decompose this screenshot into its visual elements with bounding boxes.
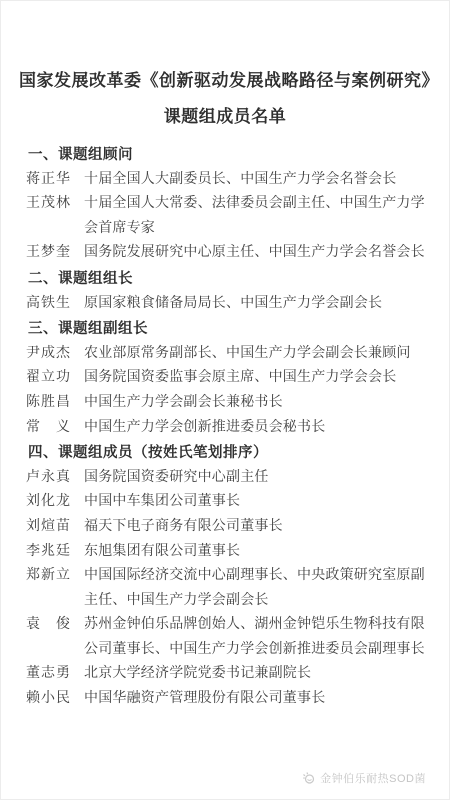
member-row: 袁 俊 苏州金钟伯乐品牌创始人、湖州金钟铠乐生物科技有限公司董事长、中国生产力学… bbox=[26, 613, 436, 662]
member-row: 刘煊苗 福天下电子商务有限公司董事长 bbox=[26, 515, 436, 540]
footer-watermark-text: 金钟伯乐耐热SOD菌 bbox=[320, 770, 426, 786]
member-description: 国务院发展研究中心原主任、中国生产力学会名誉会长 bbox=[84, 241, 436, 266]
member-description: 北京大学经济学院党委书记兼副院长 bbox=[84, 662, 436, 687]
member-description: 东旭集团有限公司董事长 bbox=[84, 540, 436, 565]
page-title: 国家发展改革委《创新驱动发展战略路径与案例研究》 课题组成员名单 bbox=[19, 63, 431, 135]
member-name: 翟立功 bbox=[26, 366, 84, 391]
member-row: 王梦奎 国务院发展研究中心原主任、中国生产力学会名誉会长 bbox=[26, 241, 436, 266]
member-name: 蒋正华 bbox=[26, 168, 84, 193]
member-name: 郑新立 bbox=[26, 564, 84, 613]
member-row: 翟立功 国务院国资委监事会原主席、中国生产力学会会长 bbox=[26, 366, 436, 391]
roster-section: 三、课题组副组长 尹成杰 农业部原常务副部长、中国生产力学会副会长兼顾问 翟立功… bbox=[26, 317, 436, 440]
member-description: 国务院国资委监事会原主席、中国生产力学会会长 bbox=[84, 366, 436, 391]
member-row: 董志勇 北京大学经济学院党委书记兼副院长 bbox=[26, 662, 436, 687]
roster-section: 四、课题组成员（按姓氏笔划排序） 卢永真 国务院国资委研究中心副主任 刘化龙 中… bbox=[26, 441, 436, 712]
member-name: 袁 俊 bbox=[26, 613, 84, 662]
member-description: 中国国际经济交流中心副理事长、中央政策研究室原副主任、中国生产力学会副会长 bbox=[84, 564, 436, 613]
member-row: 王茂林 十届全国人大常委、法律委员会副主任、中国生产力学会首席专家 bbox=[26, 192, 436, 241]
member-description: 中国生产力学会创新推进委员会秘书长 bbox=[84, 416, 436, 441]
member-description: 中国中车集团公司董事长 bbox=[84, 490, 436, 515]
member-name: 赖小民 bbox=[26, 687, 84, 712]
member-row: 刘化龙 中国中车集团公司董事长 bbox=[26, 490, 436, 515]
member-name: 尹成杰 bbox=[26, 342, 84, 367]
footer-watermark: 金钟伯乐耐热SOD菌 bbox=[302, 770, 426, 786]
section-heading: 二、课题组组长 bbox=[26, 267, 436, 292]
roster-section: 一、课题组顾问 蒋正华 十届全国人大副委员长、中国生产力学会名誉会长 王茂林 十… bbox=[26, 143, 436, 266]
member-description: 十届全国人大副委员长、中国生产力学会名誉会长 bbox=[84, 168, 436, 193]
member-row: 郑新立 中国国际经济交流中心副理事长、中央政策研究室原副主任、中国生产力学会副会… bbox=[26, 564, 436, 613]
member-name: 董志勇 bbox=[26, 662, 84, 687]
member-name: 王茂林 bbox=[26, 192, 84, 241]
member-name: 高铁生 bbox=[26, 292, 84, 317]
member-description: 苏州金钟伯乐品牌创始人、湖州金钟铠乐生物科技有限公司董事长、中国生产力学会创新推… bbox=[84, 613, 436, 662]
member-description: 原国家粮食储备局局长、中国生产力学会副会长 bbox=[84, 292, 436, 317]
member-description: 中国华融资产管理股份有限公司董事长 bbox=[84, 687, 436, 712]
bell-sparkle-logo-icon bbox=[302, 771, 316, 785]
member-description: 农业部原常务副部长、中国生产力学会副会长兼顾问 bbox=[84, 342, 436, 367]
member-name: 卢永真 bbox=[26, 466, 84, 491]
roster-content: 一、课题组顾问 蒋正华 十届全国人大副委员长、中国生产力学会名誉会长 王茂林 十… bbox=[1, 143, 449, 712]
section-heading: 三、课题组副组长 bbox=[26, 317, 436, 342]
member-row: 高铁生 原国家粮食储备局局长、中国生产力学会副会长 bbox=[26, 292, 436, 317]
member-row: 陈胜昌 中国生产力学会副会长兼秘书长 bbox=[26, 391, 436, 416]
member-description: 福天下电子商务有限公司董事长 bbox=[84, 515, 436, 540]
member-description: 十届全国人大常委、法律委员会副主任、中国生产力学会首席专家 bbox=[84, 192, 436, 241]
member-row: 李兆廷 东旭集团有限公司董事长 bbox=[26, 540, 436, 565]
member-row: 卢永真 国务院国资委研究中心副主任 bbox=[26, 466, 436, 491]
page-title-line1: 国家发展改革委《创新驱动发展战略路径与案例研究》 bbox=[19, 63, 431, 99]
member-name: 刘化龙 bbox=[26, 490, 84, 515]
member-description: 中国生产力学会副会长兼秘书长 bbox=[84, 391, 436, 416]
member-row: 尹成杰 农业部原常务副部长、中国生产力学会副会长兼顾问 bbox=[26, 342, 436, 367]
member-description: 国务院国资委研究中心副主任 bbox=[84, 466, 436, 491]
section-heading: 四、课题组成员（按姓氏笔划排序） bbox=[26, 441, 436, 466]
member-row: 赖小民 中国华融资产管理股份有限公司董事长 bbox=[26, 687, 436, 712]
document-page: 国家发展改革委《创新驱动发展战略路径与案例研究》 课题组成员名单 一、课题组顾问… bbox=[0, 0, 450, 800]
member-row: 蒋正华 十届全国人大副委员长、中国生产力学会名誉会长 bbox=[26, 168, 436, 193]
page-title-line2: 课题组成员名单 bbox=[19, 99, 431, 135]
member-name: 刘煊苗 bbox=[26, 515, 84, 540]
member-name: 王梦奎 bbox=[26, 241, 84, 266]
section-heading: 一、课题组顾问 bbox=[26, 143, 436, 168]
member-row: 常 义 中国生产力学会创新推进委员会秘书长 bbox=[26, 416, 436, 441]
member-name: 李兆廷 bbox=[26, 540, 84, 565]
roster-section: 二、课题组组长 高铁生 原国家粮食储备局局长、中国生产力学会副会长 bbox=[26, 267, 436, 316]
member-name: 常 义 bbox=[26, 416, 84, 441]
member-name: 陈胜昌 bbox=[26, 391, 84, 416]
